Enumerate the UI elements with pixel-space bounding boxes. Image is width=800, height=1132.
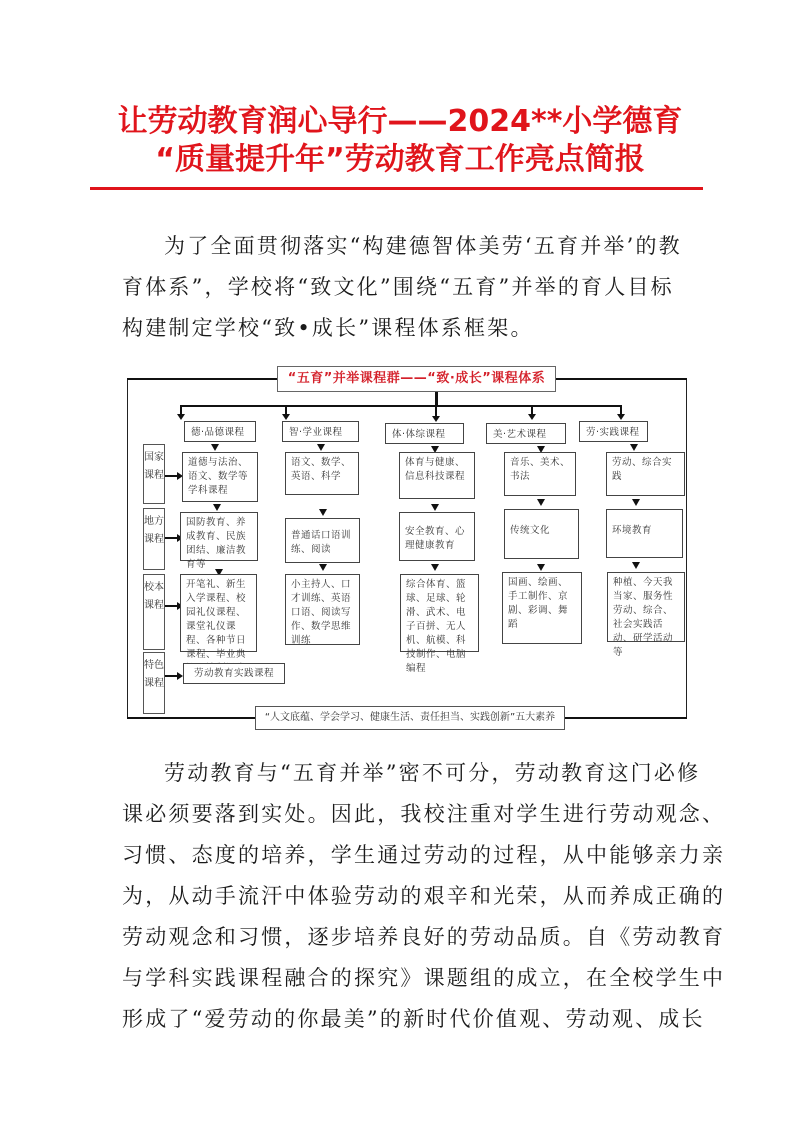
branch-line (180, 405, 620, 407)
course-box-aesthetic-local: 传统文化 (504, 509, 579, 559)
course-box-aesthetic-national: 音乐、美术、书法 (504, 452, 576, 496)
title-divider (90, 187, 703, 190)
arrow-down-icon (211, 444, 219, 451)
course-box-physical-school: 综合体育、篮球、足球、轮滑、武术、电子百拼、无人机、航模、科技制作、电脑编程 (400, 574, 479, 652)
row-label-national: 国家课程 (143, 444, 165, 504)
intro-line: 育体系”，学校将“致文化”围绕“五育”并举的育人目标 (122, 267, 684, 308)
document-title-line-2: “质量提升年”劳动教育工作亮点简报 (90, 140, 710, 180)
body-line: 习惯、态度的培养，学生通过劳动的过程，从中能够亲力亲 (122, 835, 684, 876)
row-label-local: 地方课程 (143, 508, 165, 570)
course-box-intellect-national: 语文、数学、英语、科学 (285, 452, 359, 495)
arrow-down-icon (537, 499, 545, 506)
arrow-down-icon (632, 562, 640, 569)
arrow-down-icon (617, 414, 625, 420)
arrow-down-icon (432, 416, 440, 422)
arrow-down-icon (319, 509, 327, 516)
course-box-labor-national: 劳动、综合实践 (606, 452, 685, 496)
diagram-title: “五育”并举课程群——“致·成长”课程体系 (277, 366, 556, 392)
arrow-down-icon (632, 499, 640, 506)
arrow-down-icon (537, 564, 545, 571)
column-head-aesthetic: 美·艺术课程 (486, 423, 566, 444)
column-head-intellect: 智·学业课程 (282, 421, 359, 442)
course-box-intellect-school: 小主持人、口才训练、英语口语、阅读写作、数学思维训练 (285, 574, 360, 645)
body-line: 形成了“爱劳动的你最美”的新时代价值观、劳动观、成长 (122, 999, 684, 1040)
arrow-down-icon (528, 414, 536, 420)
frame-top-right (556, 378, 687, 380)
row-label-special: 特色课程 (143, 652, 165, 714)
intro-line: 构建制定学校“致•成长”课程体系框架。 (122, 308, 684, 349)
row-arrow-line (165, 675, 177, 677)
intro-paragraph: 为了全面贯彻落实“构建德智体美劳‘五育并举’的教 育体系”，学校将“致文化”围绕… (122, 226, 684, 349)
five-competencies-box: “人文底蕴、学会学习、健康生活、责任担当、实践创新”五大素养 (255, 706, 565, 730)
frame-bottom-right (565, 717, 687, 719)
course-box-moral-school: 开笔礼、新生入学课程、校园礼仪课程、课堂礼仪课程、各种节日课程、毕业典礼、法制课… (180, 574, 257, 652)
arrow-down-icon (431, 504, 439, 511)
course-system-diagram: “五育”并举课程群——“致·成长”课程体系 德·品德课程 智·学业课程 体·体综… (127, 362, 687, 736)
arrow-down-icon (213, 504, 221, 511)
special-course-box: 劳动教育实践课程 (183, 663, 285, 684)
course-box-moral-local: 国防教育、养成教育、民族团结、廉洁教育等 (180, 512, 258, 561)
body-line: 与学科实践课程融合的探究》课题组的成立，在全校学生中 (122, 958, 684, 999)
arrow-down-icon (431, 564, 439, 571)
row-arrow-line (165, 475, 177, 477)
arrow-down-icon (282, 414, 290, 420)
arrow-down-icon (630, 444, 638, 451)
frame-top-left (127, 378, 277, 380)
course-box-intellect-local: 普通话口语训练、阅读 (285, 518, 360, 563)
body-line: 劳动观念和习惯，逐步培养良好的劳动品质。自《劳动教育 (122, 917, 684, 958)
course-box-labor-local: 环境教育 (606, 509, 683, 558)
course-box-physical-national: 体育与健康、信息科技课程 (399, 452, 475, 499)
body-paragraph: 劳动教育与“五育并举”密不可分，劳动教育这门必修 课必须要落到实处。因此，我校注… (122, 753, 684, 1040)
course-box-aesthetic-school: 国画、绘画、手工制作、京剧、彩调、舞蹈 (502, 572, 582, 644)
arrow-down-icon (319, 564, 327, 571)
row-arrow-line (165, 605, 177, 607)
arrow-down-icon (177, 414, 185, 420)
column-head-labor: 劳·实践课程 (579, 421, 648, 442)
column-head-physical: 体·体综课程 (385, 423, 464, 444)
document-title-line-1: 让劳动教育润心导行——2024**小学德育 (90, 102, 710, 142)
column-head-moral: 德·品德课程 (184, 421, 256, 442)
course-box-moral-national: 道德与法治、语文、数学等学科课程 (182, 452, 258, 502)
course-box-physical-local: 安全教育、心理健康教育 (399, 512, 475, 561)
course-box-labor-school: 种植、今天我当家、服务性劳动、综合、社会实践活动、研学活动等 (607, 572, 685, 642)
body-line: 为，从动手流汗中体验劳动的艰辛和光荣，从而养成正确的 (122, 876, 684, 917)
row-label-school: 校本课程 (143, 574, 165, 650)
intro-line: 为了全面贯彻落实“构建德智体美劳‘五育并举’的教 (122, 226, 684, 267)
body-line: 课必须要落到实处。因此，我校注重对学生进行劳动观念、 (122, 794, 684, 835)
frame-bottom-left (127, 717, 255, 719)
body-line: 劳动教育与“五育并举”密不可分，劳动教育这门必修 (122, 753, 684, 794)
arrow-down-icon (317, 444, 325, 451)
row-arrow-line (165, 537, 177, 539)
